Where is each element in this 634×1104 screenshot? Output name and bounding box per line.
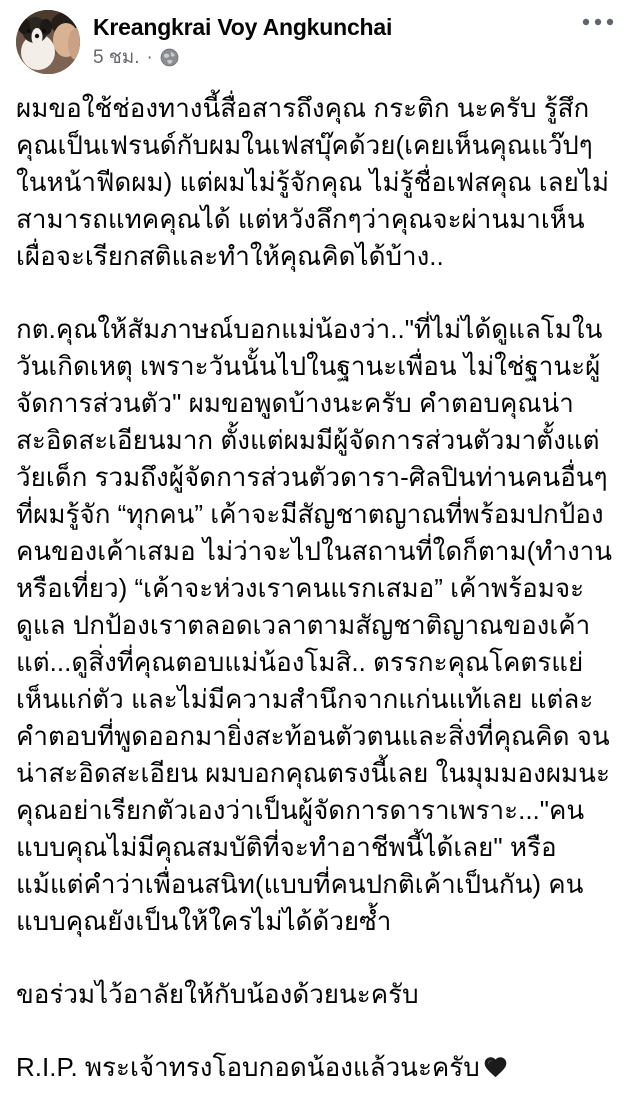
- facebook-post: Kreangkrai Voy Angkunchai 5 ชม. ·: [0, 0, 634, 1104]
- post-paragraph: กต.คุณให้สัมภาษณ์บอกแม่น้องว่า.."ที่ไม่ไ…: [16, 311, 618, 940]
- post-paragraph: ขอร่วมไว้อาลัยให้กับน้องด้วยนะครับ: [16, 976, 618, 1013]
- three-dots-icon: [582, 18, 614, 26]
- meta-separator: ·: [147, 48, 153, 67]
- post-meta: 5 ชม. ·: [93, 48, 392, 67]
- post-body: ผมขอใช้ช่องทางนี้สื่อสารถึงคุณ กระติก นะ…: [16, 90, 618, 1086]
- avatar-photo: [16, 10, 80, 74]
- black-heart-emoji: [482, 1054, 509, 1080]
- post-header: Kreangkrai Voy Angkunchai 5 ชม. ·: [16, 10, 618, 74]
- globe-icon: [160, 48, 179, 67]
- post-menu-button[interactable]: [578, 10, 618, 34]
- post-timestamp[interactable]: 5 ชม.: [93, 48, 140, 67]
- author-name[interactable]: Kreangkrai Voy Angkunchai: [93, 13, 392, 42]
- post-paragraph: R.I.P. พระเจ้าทรงโอบกอดน้องแล้วนะครับ: [16, 1049, 618, 1086]
- post-paragraph: ผมขอใช้ช่องทางนี้สื่อสารถึงคุณ กระติก นะ…: [16, 90, 618, 275]
- post-header-text: Kreangkrai Voy Angkunchai 5 ชม. ·: [93, 10, 392, 67]
- avatar[interactable]: [16, 10, 80, 74]
